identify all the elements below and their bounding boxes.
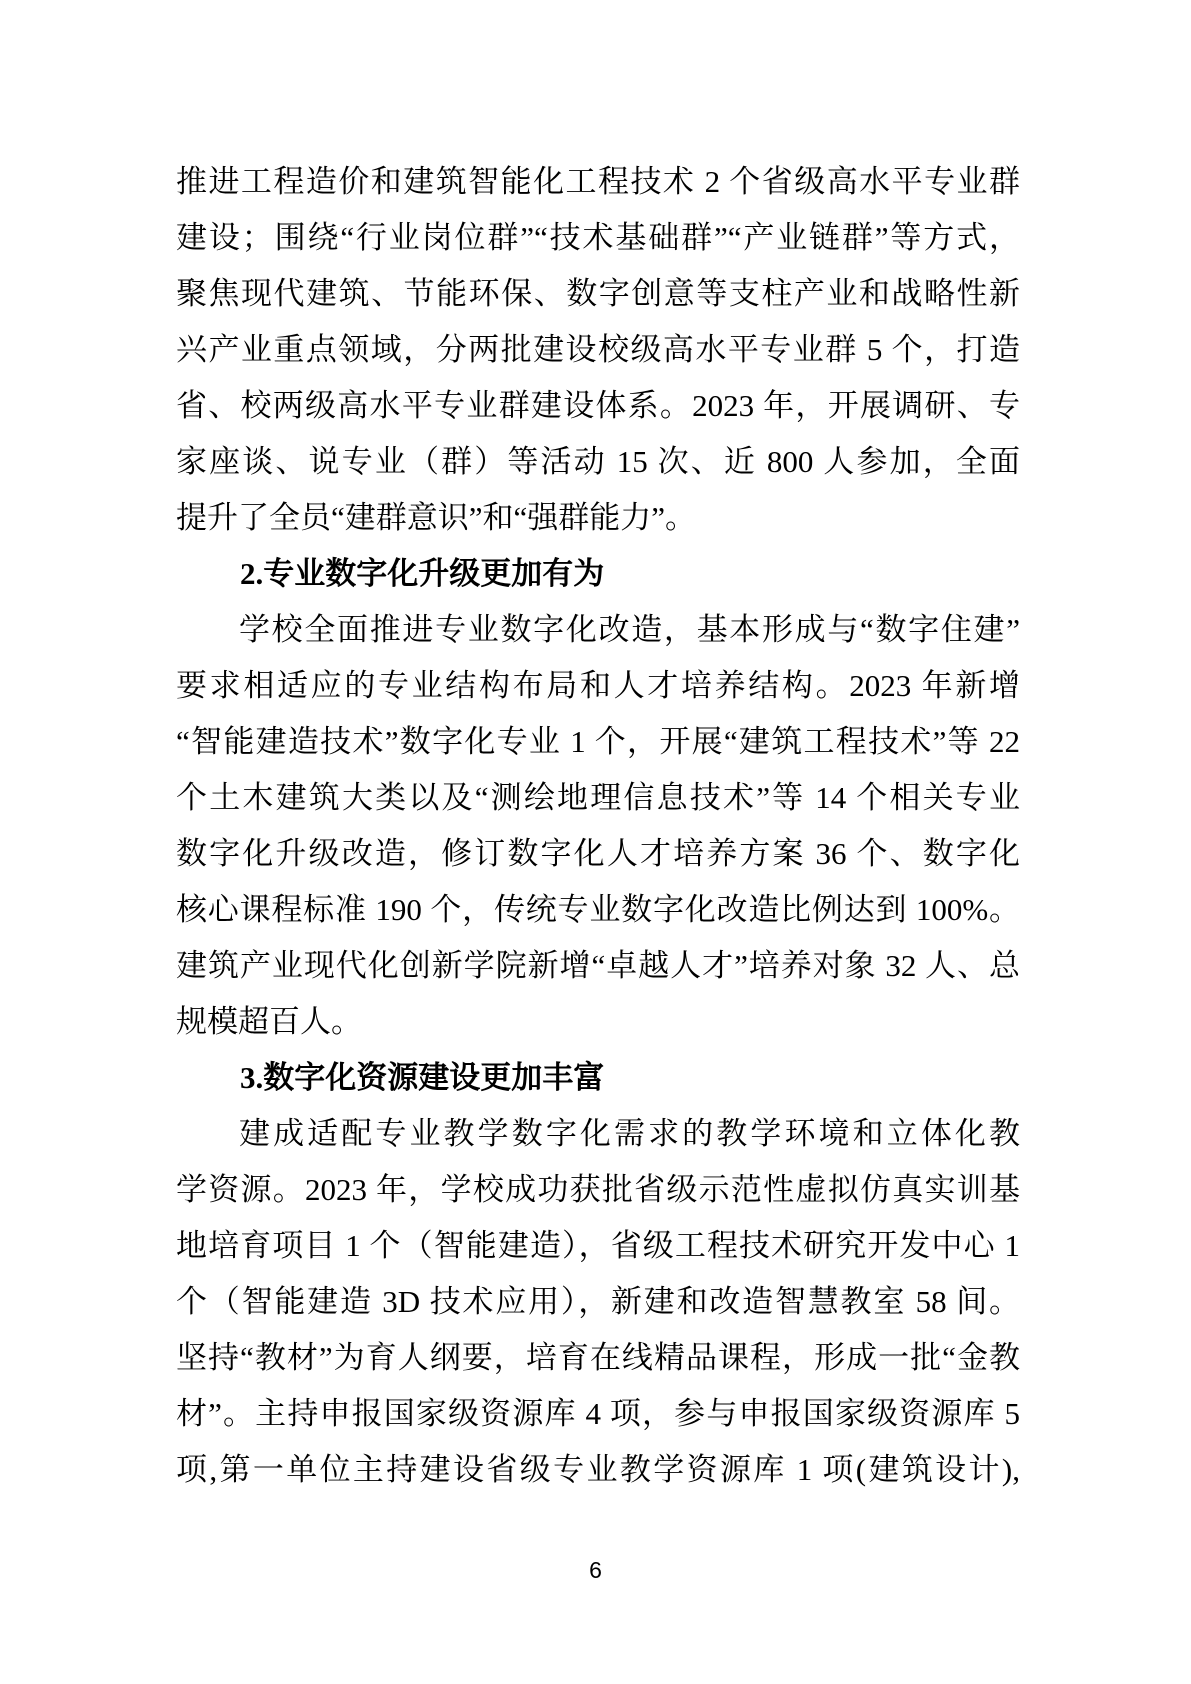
text-line: 地培育项目 1 个（智能建造），省级工程技术研究开发中心 1 xyxy=(176,1218,1020,1274)
text-line: 兴产业重点领域，分两批建设校级高水平专业群 5 个，打造 xyxy=(176,322,1020,378)
text-line: “智能建造技术”数字化专业 1 个，开展“建筑工程技术”等 22 xyxy=(176,714,1020,770)
text-line: 个土木建筑大类以及“测绘地理信息技术”等 14 个相关专业 xyxy=(176,770,1020,826)
text-line: 规模超百人。 xyxy=(176,994,1020,1050)
page-number: 6 xyxy=(589,1557,602,1583)
text-line: 提升了全员“建群意识”和“强群能力”。 xyxy=(176,490,1020,546)
text-line: 建设；围绕“行业岗位群”“技术基础群”“产业链群”等方式， xyxy=(176,210,1020,266)
page: 推进工程造价和建筑智能化工程技术 2 个省级高水平专业群建设；围绕“行业岗位群”… xyxy=(0,0,1191,1684)
text-line: 个（智能建造 3D 技术应用），新建和改造智慧教室 58 间。 xyxy=(176,1274,1020,1330)
text-line: 省、校两级高水平专业群建设体系。2023 年，开展调研、专 xyxy=(176,378,1020,434)
text-line: 要求相适应的专业结构布局和人才培养结构。2023 年新增 xyxy=(176,658,1020,714)
page-footer: 6 xyxy=(0,1557,1191,1584)
section-heading-3: 3.数字化资源建设更加丰富 xyxy=(176,1050,1020,1106)
text-line: 建成适配专业教学数字化需求的教学环境和立体化教 xyxy=(176,1106,1020,1162)
text-line: 建筑产业现代化创新学院新增“卓越人才”培养对象 32 人、总 xyxy=(176,938,1020,994)
text-line: 聚焦现代建筑、节能环保、数字创意等支柱产业和战略性新 xyxy=(176,266,1020,322)
text-line: 材”。主持申报国家级资源库 4 项，参与申报国家级资源库 5 xyxy=(176,1386,1020,1442)
text-line: 学校全面推进专业数字化改造，基本形成与“数字住建” xyxy=(176,602,1020,658)
text-line: 项,第一单位主持建设省级专业教学资源库 1 项(建筑设计), xyxy=(176,1442,1020,1498)
text-line: 坚持“教材”为育人纲要，培育在线精品课程，形成一批“金教 xyxy=(176,1330,1020,1386)
text-line: 推进工程造价和建筑智能化工程技术 2 个省级高水平专业群 xyxy=(176,154,1020,210)
document-body: 推进工程造价和建筑智能化工程技术 2 个省级高水平专业群建设；围绕“行业岗位群”… xyxy=(176,154,1020,1498)
text-line: 家座谈、说专业（群）等活动 15 次、近 800 人参加，全面 xyxy=(176,434,1020,490)
text-line: 核心课程标准 190 个，传统专业数字化改造比例达到 100%。 xyxy=(176,882,1020,938)
text-line: 学资源。2023 年，学校成功获批省级示范性虚拟仿真实训基 xyxy=(176,1162,1020,1218)
text-line: 数字化升级改造，修订数字化人才培养方案 36 个、数字化 xyxy=(176,826,1020,882)
section-heading-2: 2.专业数字化升级更加有为 xyxy=(176,546,1020,602)
